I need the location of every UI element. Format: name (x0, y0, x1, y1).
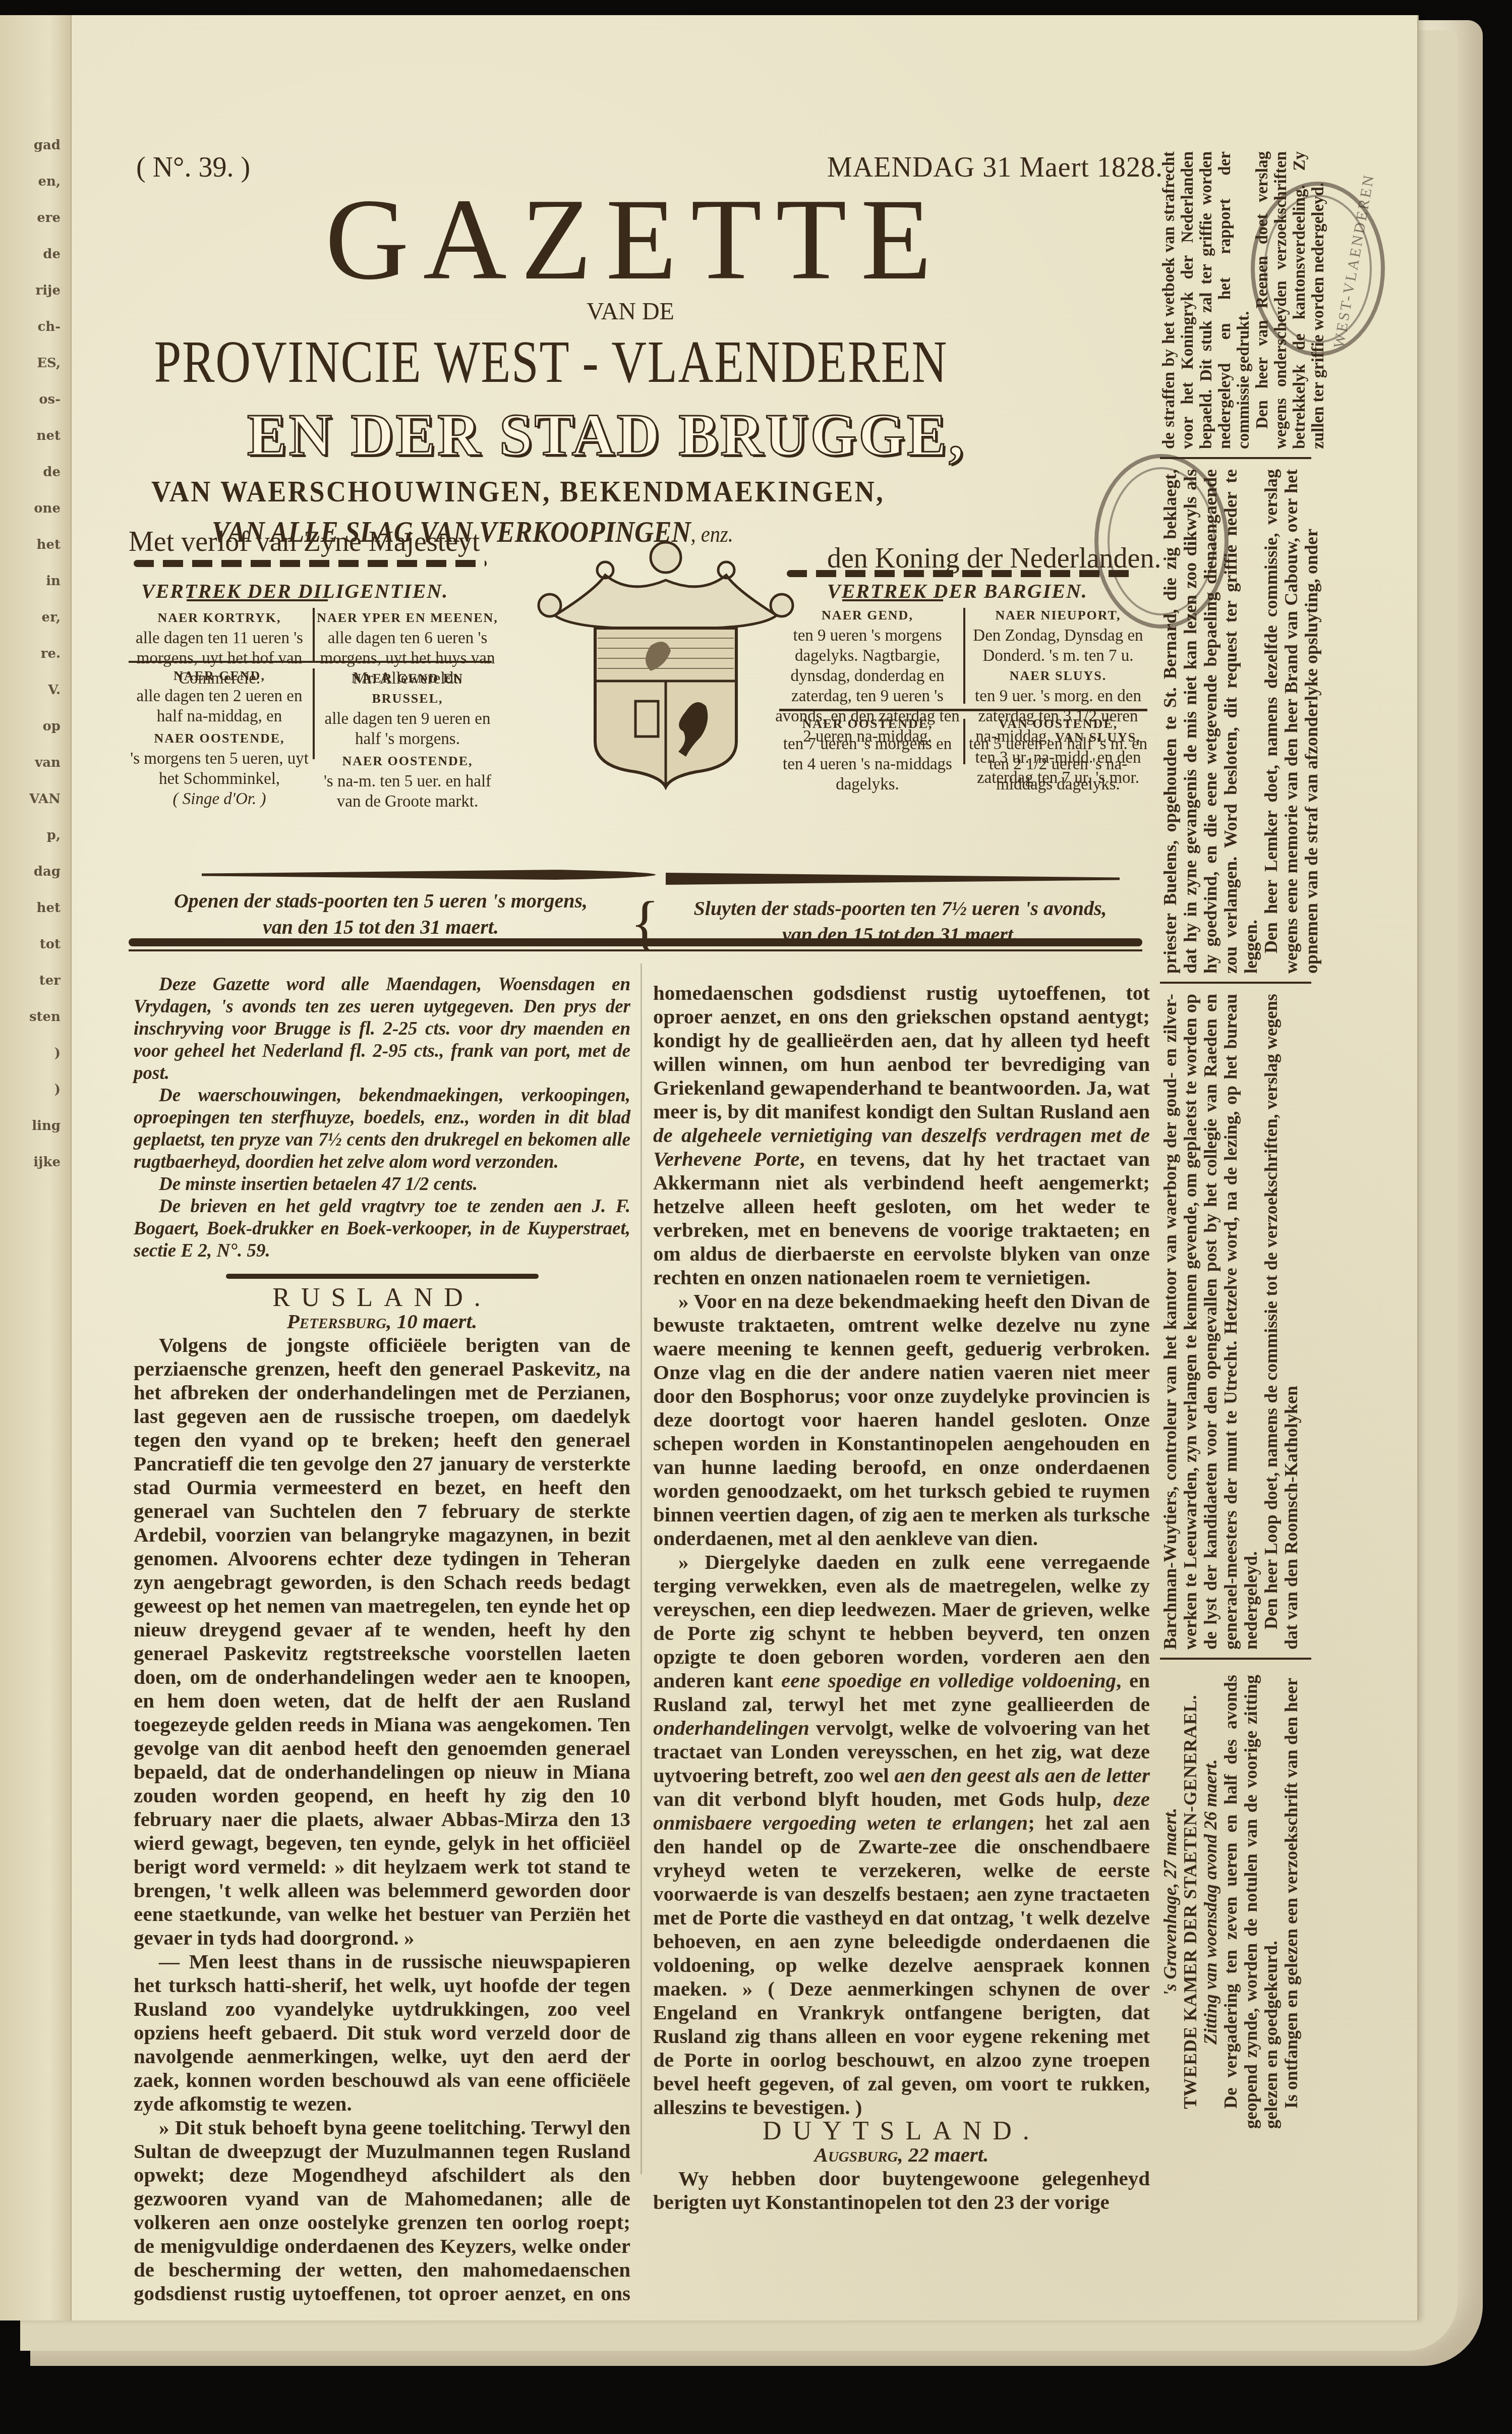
article-paragraph: » Dit stuk behoeft byna geene toelitchin… (134, 2116, 630, 2305)
rotated-session-title: Zitting van woensdag avond 26 maert. (1200, 1675, 1220, 2129)
rotated-column-rule (1160, 982, 1311, 984)
newspaper-page: gad en, ere de rije ch- ES, os- net de o… (0, 15, 1419, 2320)
rotated-block-buelens: priester Buelens, opgehouden te St. Bern… (1160, 469, 1321, 974)
divider (187, 599, 328, 601)
title-city: EN DER STAD BRUGGE, (247, 401, 965, 470)
schedule-text: alle dagen ten 9 ueren en half 's morgen… (325, 710, 491, 748)
destination-label: NAER KORTRYK, (129, 608, 310, 628)
rotated-paragraph: Den heer van Reenen doet verslag wegens … (1253, 151, 1328, 449)
dateline-place: Petersburg (287, 1310, 387, 1333)
correspondence-notice: De brieven en het geld vragtvry toe te z… (134, 1196, 630, 1262)
destination-label: NAER GEND, (129, 666, 310, 686)
subtitle-announcements: VAN WAERSCHOUWINGEN, BEKENDMAEKINGEN, (151, 474, 885, 509)
article-paragraph: Wy hebben door buytengewoone gelegenheyd… (653, 2167, 1150, 2214)
rotated-paragraph: de straffen by het wetboek van strafrech… (1160, 151, 1253, 449)
rotated-paragraph: Barchman-Wuytiers, controleur van het ka… (1160, 994, 1261, 1650)
divider (779, 709, 1147, 711)
rotated-paragraph: Is ontfangen en gelezen een verzoekschri… (1281, 1675, 1301, 2129)
column-left: Deze Gazette word alle Maendagen, Woensd… (134, 974, 630, 2305)
article-text: ; het zal aen den handel op de Zwarte-ze… (653, 1811, 1150, 2119)
column-rule (313, 608, 315, 661)
gates-close-line1: Sluyten der stads-poorten ten 7½ ueren '… (651, 895, 1150, 922)
column-divider (641, 964, 642, 2174)
rotated-block-session: 's Gravenhage, 27 maert. TWEEDE KAMER DE… (1160, 1675, 1301, 2129)
schedule-text: Den Zondag, Dynsdag en Donderd. 's m. te… (973, 627, 1143, 665)
article-paragraph: Volgens de jongste officiëele berigten v… (134, 1333, 630, 1950)
dateline-augsburg: Augsburg, 22 maert. (653, 2143, 1150, 2167)
title-province: PROVINCIE WEST - VLAENDEREN (131, 328, 971, 397)
dateline-petersburg: Petersburg, 10 maert. (134, 1310, 630, 1333)
column-rule (963, 608, 965, 704)
schedule-text: 's na-m. ten 5 uer. en half van de Groot… (324, 772, 491, 811)
divider (842, 599, 943, 601)
ornamental-wave-right (787, 570, 1135, 577)
tapered-rule-left (202, 869, 656, 881)
article-paragraph: — Men leest thans in de russische nieuws… (134, 1950, 630, 2116)
royal-permit-left: Met verlof van Zyne Majesteyt (129, 526, 480, 558)
destination-label: NAER YPER EN MEENEN, (317, 608, 498, 628)
gates-open-line1: Openen der stads-poorten ten 5 ueren 's … (129, 888, 633, 914)
destination-label: VAN OOSTENDE, (967, 714, 1149, 734)
destination-label: NAER GEND EN BRUSSEL, (317, 668, 498, 709)
title-van-de: VAN DE (504, 298, 757, 325)
minimum-insertion-notice: De minste insertien betaelen 47 1/2 cent… (134, 1173, 630, 1196)
article-paragraph-continued: homedaenschen godsdienst rustig uytoeffe… (653, 981, 1150, 1289)
schedule-text: 's morgens ten 5 ueren, uyt het Schommin… (130, 750, 309, 788)
ornamental-wave-left (134, 560, 487, 567)
rotated-block-waerborg: Barchman-Wuytiers, controleur van het ka… (1160, 994, 1301, 1650)
schedule-note: ( Singe d'Or. ) (129, 789, 310, 809)
schedule-text: alle dagen ten 2 ueren en half na-middag… (137, 687, 303, 725)
advertising-notice: De waerschouwingen, bekendmaekingen, ver… (134, 1085, 630, 1173)
rotated-paragraph: Den heer Lemker doet, namens dezelfde co… (1261, 469, 1321, 974)
column-rule (313, 668, 315, 759)
article-paragraph: » Voor en na deze bekendmaeking heeft de… (653, 1289, 1150, 1550)
adjacent-page-fragments: gad en, ere de rije ch- ES, os- net de o… (5, 136, 61, 1171)
coat-of-arms-icon (535, 530, 797, 792)
gates-opening: Openen der stads-poorten ten 5 ueren 's … (129, 888, 633, 940)
rotated-column-rule (1160, 457, 1311, 459)
subscription-notice: Deze Gazette word alle Maendagen, Woensd… (134, 974, 630, 1085)
diligence-brussel: NAER GEND EN BRUSSEL, alle dagen ten 9 u… (317, 668, 498, 812)
rotated-paragraph: De vergadering ten zeven ueren en half d… (1220, 1675, 1281, 2129)
barge-naer-oostende: NAER OOSTENDE, ten 7 ueren 's morgens en… (774, 714, 961, 795)
rotated-paragraph: priester Buelens, opgehouden te St. Bern… (1160, 469, 1261, 974)
dateline-date: , 10 maert. (386, 1310, 477, 1333)
destination-label: NAER SLUYS. (967, 666, 1149, 686)
rotated-chamber-title: TWEEDE KAMER DER STAETEN-GENERAEL. (1180, 1675, 1200, 2129)
schedule-text: ten 7 ueren 's morgens en ten 4 ueren 's… (783, 735, 952, 794)
ornament-divider (134, 1262, 630, 1286)
issue-number: ( N°. 39. ) (136, 151, 250, 184)
emphasis-text: eene spoedige en volledige voldoening (781, 1669, 1116, 1692)
column-right: homedaenschen godsdienst rustig uytoeffe… (653, 981, 1150, 2214)
emphasis-text: aen den geest als aen de letter (894, 1764, 1150, 1787)
destination-label: NAER OOSTENDE, (317, 751, 498, 771)
rotated-column: 's Gravenhage, 27 maert. TWEEDE KAMER DE… (1160, 151, 1316, 2159)
tapered-rule-right (666, 873, 1120, 885)
diligence-gend: NAER GEND, alle dagen ten 2 ueren en hal… (129, 666, 310, 809)
column-rule (963, 719, 965, 764)
barge-van-oostende: VAN OOSTENDE, ten 5 ueren en half 's m. … (967, 714, 1149, 795)
divider (129, 661, 492, 663)
rotated-block-wetboek: de straffen by het wetboek van strafrech… (1160, 151, 1328, 449)
adjacent-page-edge: gad en, ere de rije ch- ES, os- net de o… (0, 15, 72, 2320)
gates-open-line2: van den 15 tot den 31 maert. (129, 914, 633, 940)
article-text: van dit verbond blyft houden, met Gods h… (653, 1787, 1101, 1810)
article-paragraph: » Diergelyke daeden en zulk eene verrega… (653, 1550, 1150, 2119)
schedule-text: ten 5 ueren en half 's m. en ten 2 1/2 u… (969, 735, 1147, 794)
newspaper-title: GAZETTE (232, 182, 1039, 298)
masthead-rule-thin (129, 949, 1142, 951)
destination-label: NAER OOSTENDE, (774, 714, 961, 734)
destination-label: NAER OOSTENDE, (129, 728, 310, 749)
rotated-column-rule (1160, 1658, 1311, 1660)
section-heading-rusland: RUSLAND. (134, 1286, 630, 1310)
masthead-rule (129, 938, 1142, 946)
destination-label: NAER GEND, (774, 605, 961, 626)
dateline-date: , 22 maert. (898, 2143, 989, 2166)
rotated-paragraph: Den heer Loop doet, namens de commissie … (1261, 994, 1301, 1650)
dateline-place: Augsburg (815, 2143, 898, 2166)
section-heading-duytsland: DUYTSLAND. (653, 2119, 1150, 2143)
emphasis-text: onderhandelingen (653, 1716, 809, 1739)
rotated-dateline: 's Gravenhage, 27 maert. (1160, 1675, 1180, 2129)
